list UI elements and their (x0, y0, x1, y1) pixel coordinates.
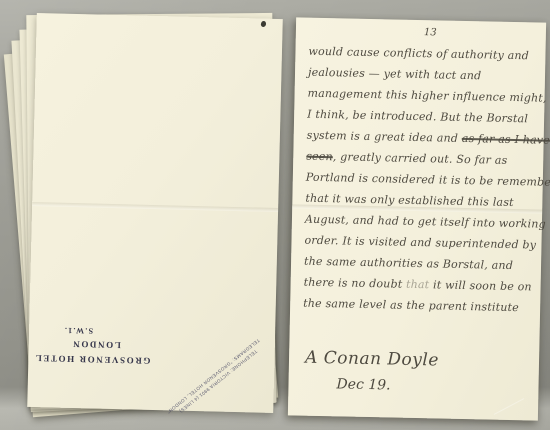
manuscript-text-segment: would cause conflicts of authority and (308, 45, 529, 63)
manuscript-text-segment: August, and had to get itself into worki… (305, 213, 546, 231)
manuscript-line: the same level as the parent institute (303, 293, 538, 319)
letterhead-telephone: TELEPHONE: VICTORIA 9901 (4 LINES) (171, 342, 266, 420)
manuscript-text-segment: system is a great idea and (307, 129, 462, 145)
manuscript-text-segment: the same authorities as Borstal, and (304, 255, 513, 272)
manuscript-text-segment: , greatly carried out. So far as (333, 150, 508, 167)
manuscript-text-segment: I think, be introduced. But the Borstal (307, 108, 528, 126)
photo-background: GROSVENOR HOTEL LONDON S.W.1. TELEPHONE:… (0, 0, 550, 430)
letterhead-page: GROSVENOR HOTEL LONDON S.W.1. TELEPHONE:… (27, 13, 283, 413)
manuscript-text-segment: Portland is considered it is to be remem… (306, 171, 550, 190)
signature: A Conan Doyle (305, 348, 439, 371)
manuscript-text-segment: jealousies — yet with tact and (308, 66, 482, 83)
letterhead-contact-block: TELEPHONE: VICTORIA 9901 (4 LINES) TELEG… (166, 337, 265, 420)
manuscript-page: 13 would cause conflicts of authority an… (288, 17, 546, 420)
manuscript-text-segment: that it was only established this last (305, 192, 514, 209)
letterhead-city: LONDON (41, 338, 121, 350)
struck-out-text: as far as I have (462, 132, 550, 147)
manuscript-text-segment: the same level as the parent institute (303, 297, 519, 315)
letterhead-block: GROSVENOR HOTEL LONDON S.W.1. (40, 325, 151, 366)
manuscript-text-segment: order. It is visited and superintended b… (304, 234, 536, 252)
manuscript-text: would cause conflicts of authority andje… (303, 41, 544, 319)
manuscript-text-segment: it will soon be on (429, 278, 532, 293)
letterhead-hotel-name: GROSVENOR HOTEL (40, 353, 150, 366)
upside-down-wrapper: GROSVENOR HOTEL LONDON S.W.1. TELEPHONE:… (27, 13, 283, 413)
letterhead-postcode: S.W.1. (41, 325, 93, 335)
manuscript-text-segment: there is no doubt (304, 276, 407, 291)
manuscript-text-segment: that (406, 278, 430, 291)
letterhead-telegrams: TELEGRAMS: "GROSVENOR HOTEL, LONDON" (166, 337, 261, 415)
manuscript-text-segment: management this higher influence might, (307, 87, 546, 105)
signature-date: Dec 19. (336, 376, 390, 393)
struck-out-text: seen (306, 150, 333, 164)
page-number: 13 (424, 27, 437, 38)
